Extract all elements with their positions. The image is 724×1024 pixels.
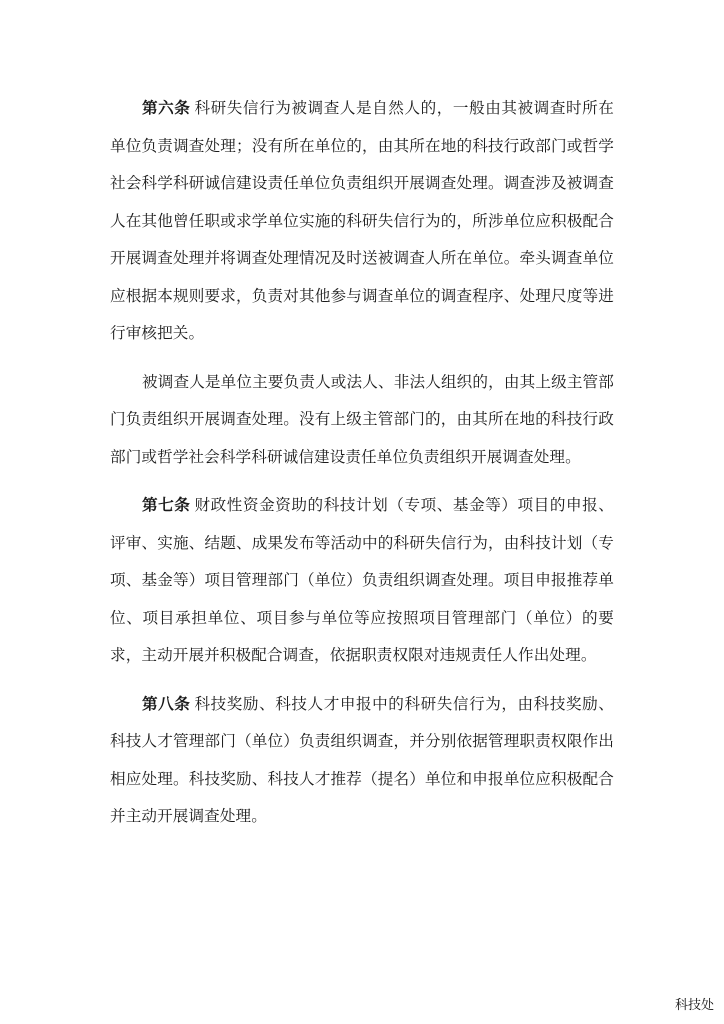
article-8-label: 第八条 <box>142 695 190 713</box>
page-footer: 科技处 <box>675 994 714 1013</box>
article-6-label: 第六条 <box>142 99 190 117</box>
article-6-text: 科研失信行为被调查人是自然人的，一般由其被调查时所在单位负责调查处理；没有所在单… <box>110 99 614 342</box>
article-6-paragraph-2: 被调查人是单位主要负责人或法人、非法人组织的，由其上级主管部门负责组织开展调查处… <box>110 364 614 477</box>
article-7-paragraph: 第七条财政性资金资助的科技计划（专项、基金等）项目的申报、评审、实施、结题、成果… <box>110 487 614 675</box>
article-8-paragraph: 第八条科技奖励、科技人才申报中的科研失信行为，由科技奖励、科技人才管理部门（单位… <box>110 686 614 836</box>
document-body: 第六条科研失信行为被调查人是自然人的，一般由其被调查时所在单位负责调查处理；没有… <box>110 90 614 847</box>
article-6-text-2: 被调查人是单位主要负责人或法人、非法人组织的，由其上级主管部门负责组织开展调查处… <box>110 373 614 466</box>
article-6-paragraph: 第六条科研失信行为被调查人是自然人的，一般由其被调查时所在单位负责调查处理；没有… <box>110 90 614 353</box>
article-7-text: 财政性资金资助的科技计划（专项、基金等）项目的申报、评审、实施、结题、成果发布等… <box>110 496 614 664</box>
article-7-label: 第七条 <box>142 496 190 514</box>
article-8-text: 科技奖励、科技人才申报中的科研失信行为，由科技奖励、科技人才管理部门（单位）负责… <box>110 695 614 826</box>
